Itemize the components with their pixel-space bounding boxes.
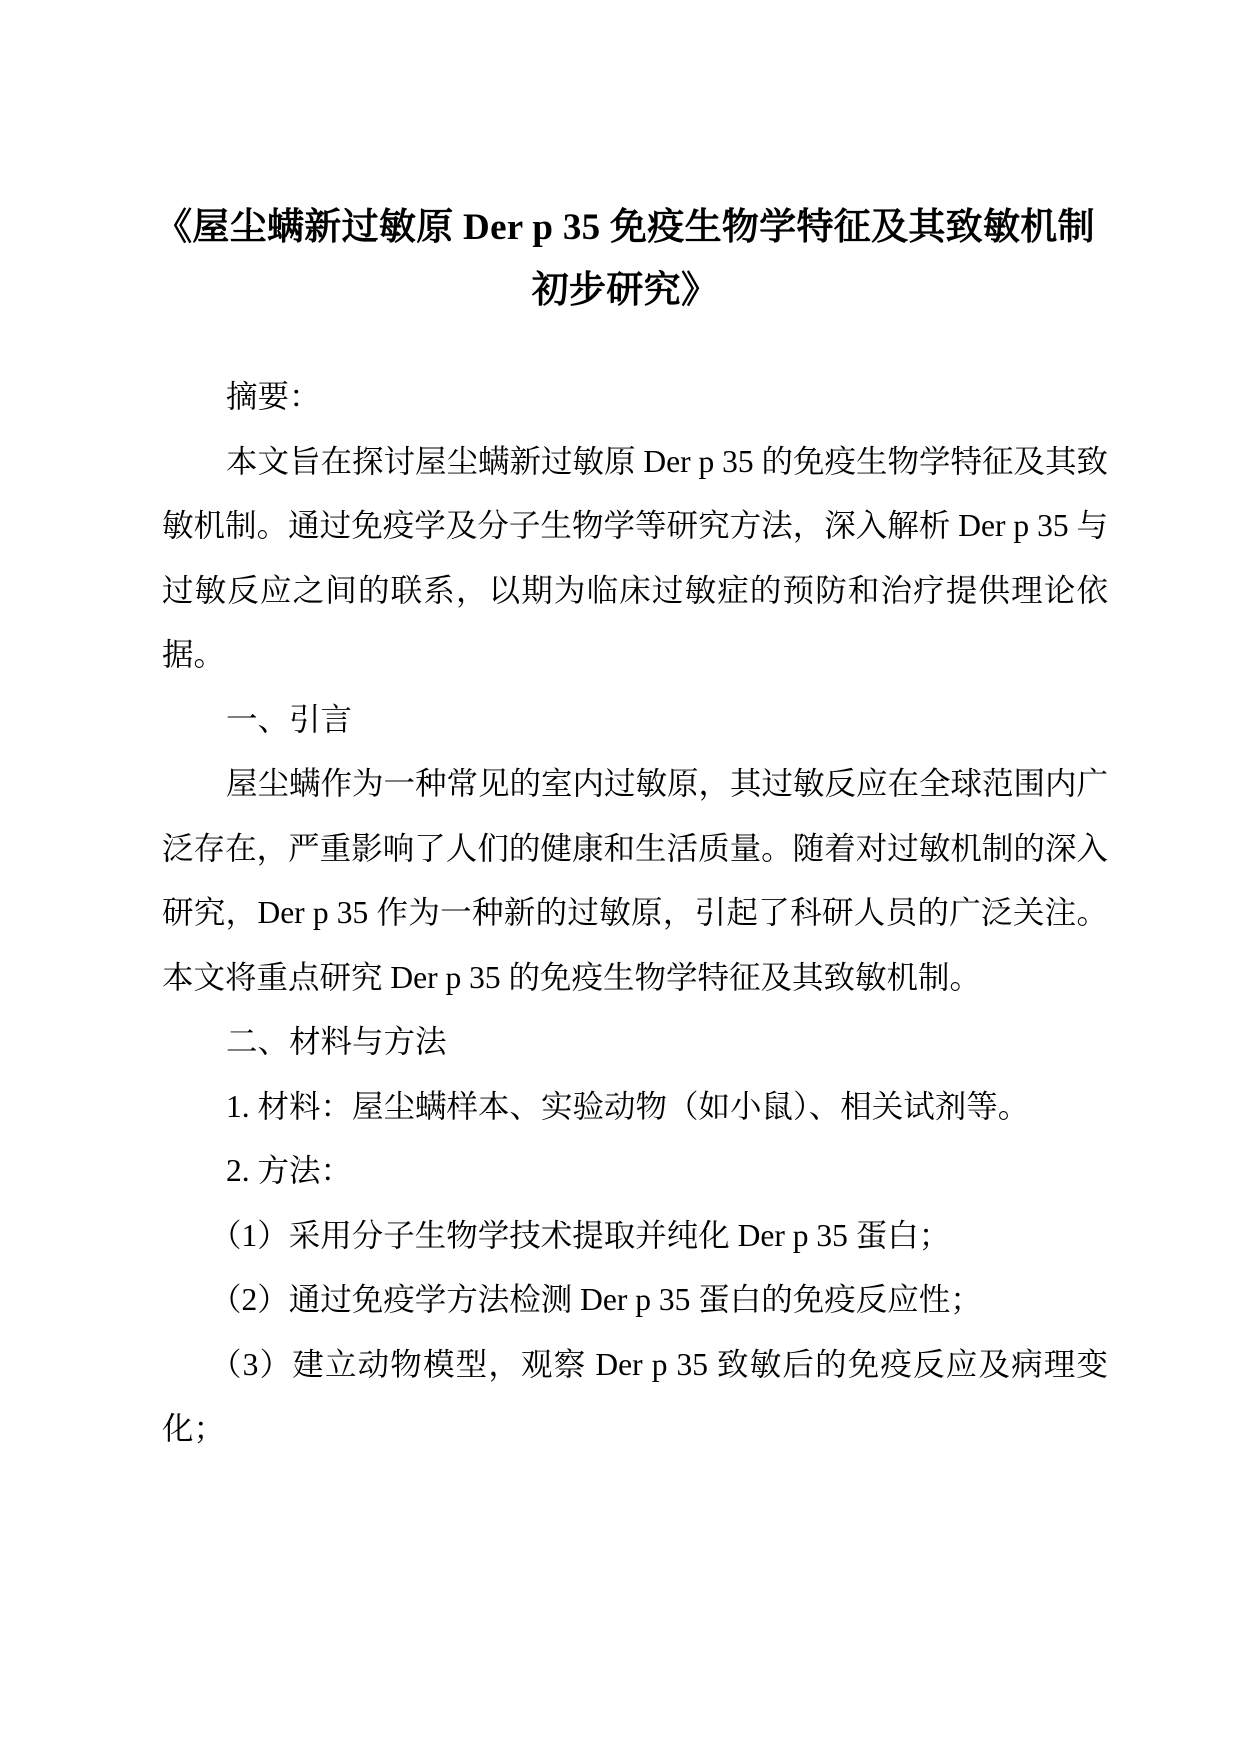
list-item-methods: 2. 方法： xyxy=(162,1139,1108,1204)
title-line-1: 《屋尘螨新过敏原 Der p 35 免疫生物学特征及其致敏机制 xyxy=(150,196,1100,259)
abstract-heading: 摘要： xyxy=(162,365,1108,430)
method-step-3: （3）建立动物模型，观察 Der p 35 致敏后的免疫反应及病理变化； xyxy=(162,1333,1108,1462)
list-item-materials: 1. 材料：屋尘螨样本、实验动物（如小鼠）、相关试剂等。 xyxy=(162,1075,1108,1140)
method-step-2: （2）通过免疫学方法检测 Der p 35 蛋白的免疫反应性； xyxy=(162,1268,1108,1333)
method-step-1: （1）采用分子生物学技术提取并纯化 Der p 35 蛋白； xyxy=(162,1204,1108,1269)
section-heading-introduction: 一、引言 xyxy=(162,688,1108,753)
abstract-paragraph: 本文旨在探讨屋尘螨新过敏原 Der p 35 的免疫生物学特征及其致敏机制。通过… xyxy=(162,430,1108,688)
section-heading-materials-methods: 二、材料与方法 xyxy=(162,1010,1108,1075)
document-title: 《屋尘螨新过敏原 Der p 35 免疫生物学特征及其致敏机制 初步研究》 xyxy=(150,196,1100,322)
title-line-2: 初步研究》 xyxy=(150,259,1100,322)
introduction-paragraph: 屋尘螨作为一种常见的室内过敏原，其过敏反应在全球范围内广泛存在，严重影响了人们的… xyxy=(162,752,1108,1010)
document-page: 《屋尘螨新过敏原 Der p 35 免疫生物学特征及其致敏机制 初步研究》 摘要… xyxy=(0,0,1240,1753)
document-body: 摘要： 本文旨在探讨屋尘螨新过敏原 Der p 35 的免疫生物学特征及其致敏机… xyxy=(162,365,1108,1462)
